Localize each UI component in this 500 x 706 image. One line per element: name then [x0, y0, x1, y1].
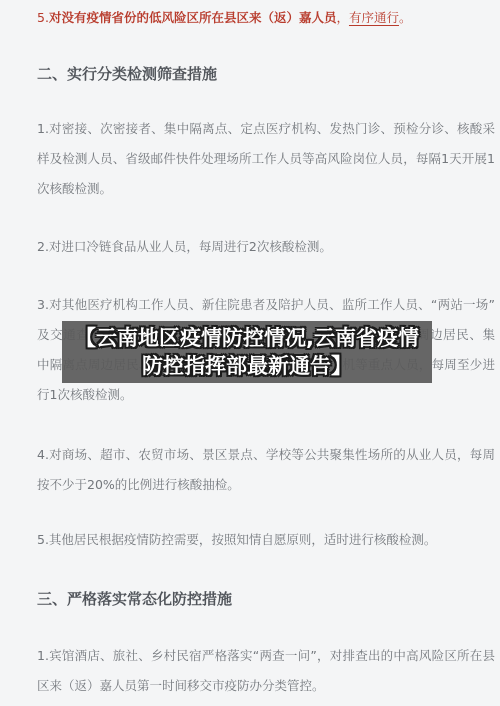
item-emphasis-text: 对没有疫情省份的低风险区所在县区来（返）嘉人员 [49, 10, 337, 25]
item-number: 5. [37, 10, 49, 25]
paragraph-line: 1.对密接、次密接者、集中隔离点、定点医疗机构、发热门诊、预检分诊、核酸采 [37, 114, 495, 144]
item-comma: ， [336, 10, 349, 25]
watermark-title-line-1: 【云南地区疫情防控情况,云南省疫情 [75, 324, 419, 352]
watermark-title-overlay: 【云南地区疫情防控情况,云南省疫情 防控指挥部最新通告】 [62, 321, 432, 383]
article-page: 5.对没有疫情省份的低风险区所在县区来（返）嘉人员，有序通行。 二、实行分类检测… [0, 0, 500, 706]
paragraph-line: 行1次核酸检测。 [37, 380, 495, 410]
paragraph-line: 1.宾馆酒店、旅社、乡村民宿严格落实“两查一问”，对排查出的中高风险区所在县 [37, 641, 495, 671]
paragraph-line: 3.对其他医疗机构工作人员、新住院患者及陪护人员、监所工作人员、“两站一场” [37, 290, 495, 320]
item-period: 。 [399, 10, 412, 25]
paragraph-screening-2: 2.对进口冷链食品从业人员，每周进行2次核酸检测。 [37, 232, 495, 262]
paragraph-line: 5.其他居民根据疫情防控需要，按照知情自愿原则，适时进行核酸检测。 [37, 525, 495, 555]
section-3-heading: 三、严格落实常态化防控措施 [37, 589, 495, 609]
paragraph-screening-5: 5.其他居民根据疫情防控需要，按照知情自愿原则，适时进行核酸检测。 [37, 525, 495, 555]
watermark-title-line-2: 防控指挥部最新通告】 [142, 352, 352, 380]
paragraph-line: 2.对进口冷链食品从业人员，每周进行2次核酸检测。 [37, 232, 495, 262]
paragraph-line: 按不少于20%的比例进行核酸抽检。 [37, 470, 495, 500]
paragraph-line: 次核酸检测。 [37, 174, 495, 204]
notice-item-5-highlight: 5.对没有疫情省份的低风险区所在县区来（返）嘉人员，有序通行。 [37, 0, 495, 28]
section-2-heading: 二、实行分类检测筛查措施 [37, 64, 495, 84]
paragraph-line: 区来（返）嘉人员第一时间移交市疫防办分类管控。 [37, 671, 495, 701]
paragraph-screening-4: 4.对商场、超市、农贸市场、景区景点、学校等公共聚集性场所的从业人员，每周 按不… [37, 440, 495, 500]
paragraph-normalized-control-1: 1.宾馆酒店、旅社、乡村民宿严格落实“两查一问”，对排查出的中高风险区所在县 区… [37, 641, 495, 701]
item-underlined-text: 有序通行 [349, 10, 399, 25]
paragraph-screening-1: 1.对密接、次密接者、集中隔离点、定点医疗机构、发热门诊、预检分诊、核酸采 样及… [37, 114, 495, 204]
paragraph-line: 样及检测人员、省级邮件快件处理场所工作人员等高风险岗位人员，每隔1天开展1 [37, 144, 495, 174]
paragraph-line: 4.对商场、超市、农贸市场、景区景点、学校等公共聚集性场所的从业人员，每周 [37, 440, 495, 470]
